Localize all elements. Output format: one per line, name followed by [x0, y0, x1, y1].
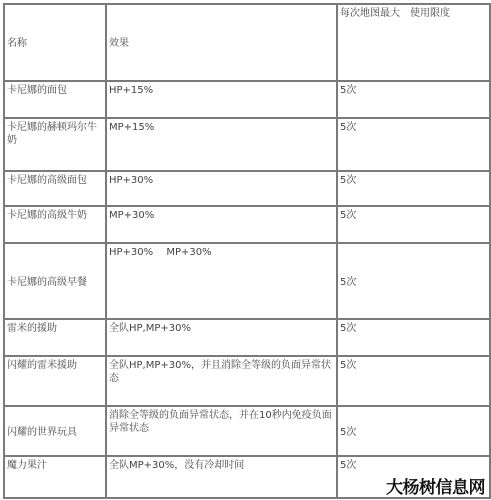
item-name: 卡尼娜的高级面包 [4, 171, 106, 206]
item-limit: 5次 [337, 171, 490, 206]
header-name: 名称 [4, 4, 106, 81]
item-effect: HP+30% [106, 171, 337, 206]
table-row: 雷米的援助 全队HP,MP+30% 5次 [4, 319, 490, 356]
header-limit: 每次地图最大 使用限度 [337, 4, 490, 81]
header-row: 名称 效果 每次地图最大 使用限度 [4, 4, 490, 81]
item-effect: 全队HP,MP+30% [106, 319, 337, 356]
table-row: 卡尼娜的高级面包 HP+30% 5次 [4, 171, 490, 206]
consumable-items-table: 名称 效果 每次地图最大 使用限度 卡尼娜的面包 HP+15% 5次 卡尼娜的赫… [3, 3, 491, 499]
item-limit: 5次 [337, 406, 490, 456]
item-name: 雷米的援助 [4, 319, 106, 356]
table-row: 卡尼娜的高级早餐 HP+30% MP+30% 5次 [4, 243, 490, 319]
table-row: 卡尼娜的赫顿玛尔牛奶 MP+15% 5次 [4, 118, 490, 171]
item-name: 闪耀的世界玩具 [4, 406, 106, 456]
table-row: 闪耀的世界玩具 消除全等级的负面异常状态，并在10秒内免疫负面异常状态 5次 [4, 406, 490, 456]
item-effect: HP+30% MP+30% [106, 243, 337, 319]
table-row: 卡尼娜的高级牛奶 MP+30% 5次 [4, 206, 490, 243]
item-limit: 5次 [337, 118, 490, 171]
site-watermark: 大杨树信息网 [386, 473, 485, 498]
item-name: 卡尼娜的高级牛奶 [4, 206, 106, 243]
item-limit: 5次 [337, 81, 490, 118]
item-name: 卡尼娜的高级早餐 [4, 243, 106, 319]
item-limit: 5次 [337, 319, 490, 356]
table-row: 卡尼娜的面包 HP+15% 5次 [4, 81, 490, 118]
item-name: 卡尼娜的面包 [4, 81, 106, 118]
table-row: 闪耀的雷米援助 全队HP,MP+30%，并且消除全等级的负面异常状态 5次 [4, 356, 490, 406]
item-effect: 全队MP+30%，没有冷却时间 [106, 456, 337, 498]
item-name: 魔力果汁 [4, 456, 106, 498]
item-effect: HP+15% [106, 81, 337, 118]
item-effect: MP+30% [106, 206, 337, 243]
item-name: 闪耀的雷米援助 [4, 356, 106, 406]
item-limit: 5次 [337, 356, 490, 406]
header-effect: 效果 [106, 4, 337, 81]
item-effect: 全队HP,MP+30%，并且消除全等级的负面异常状态 [106, 356, 337, 406]
item-effect: 消除全等级的负面异常状态，并在10秒内免疫负面异常状态 [106, 406, 337, 456]
item-limit: 5次 [337, 243, 490, 319]
item-limit: 5次 [337, 206, 490, 243]
item-effect: MP+15% [106, 118, 337, 171]
item-name: 卡尼娜的赫顿玛尔牛奶 [4, 118, 106, 171]
